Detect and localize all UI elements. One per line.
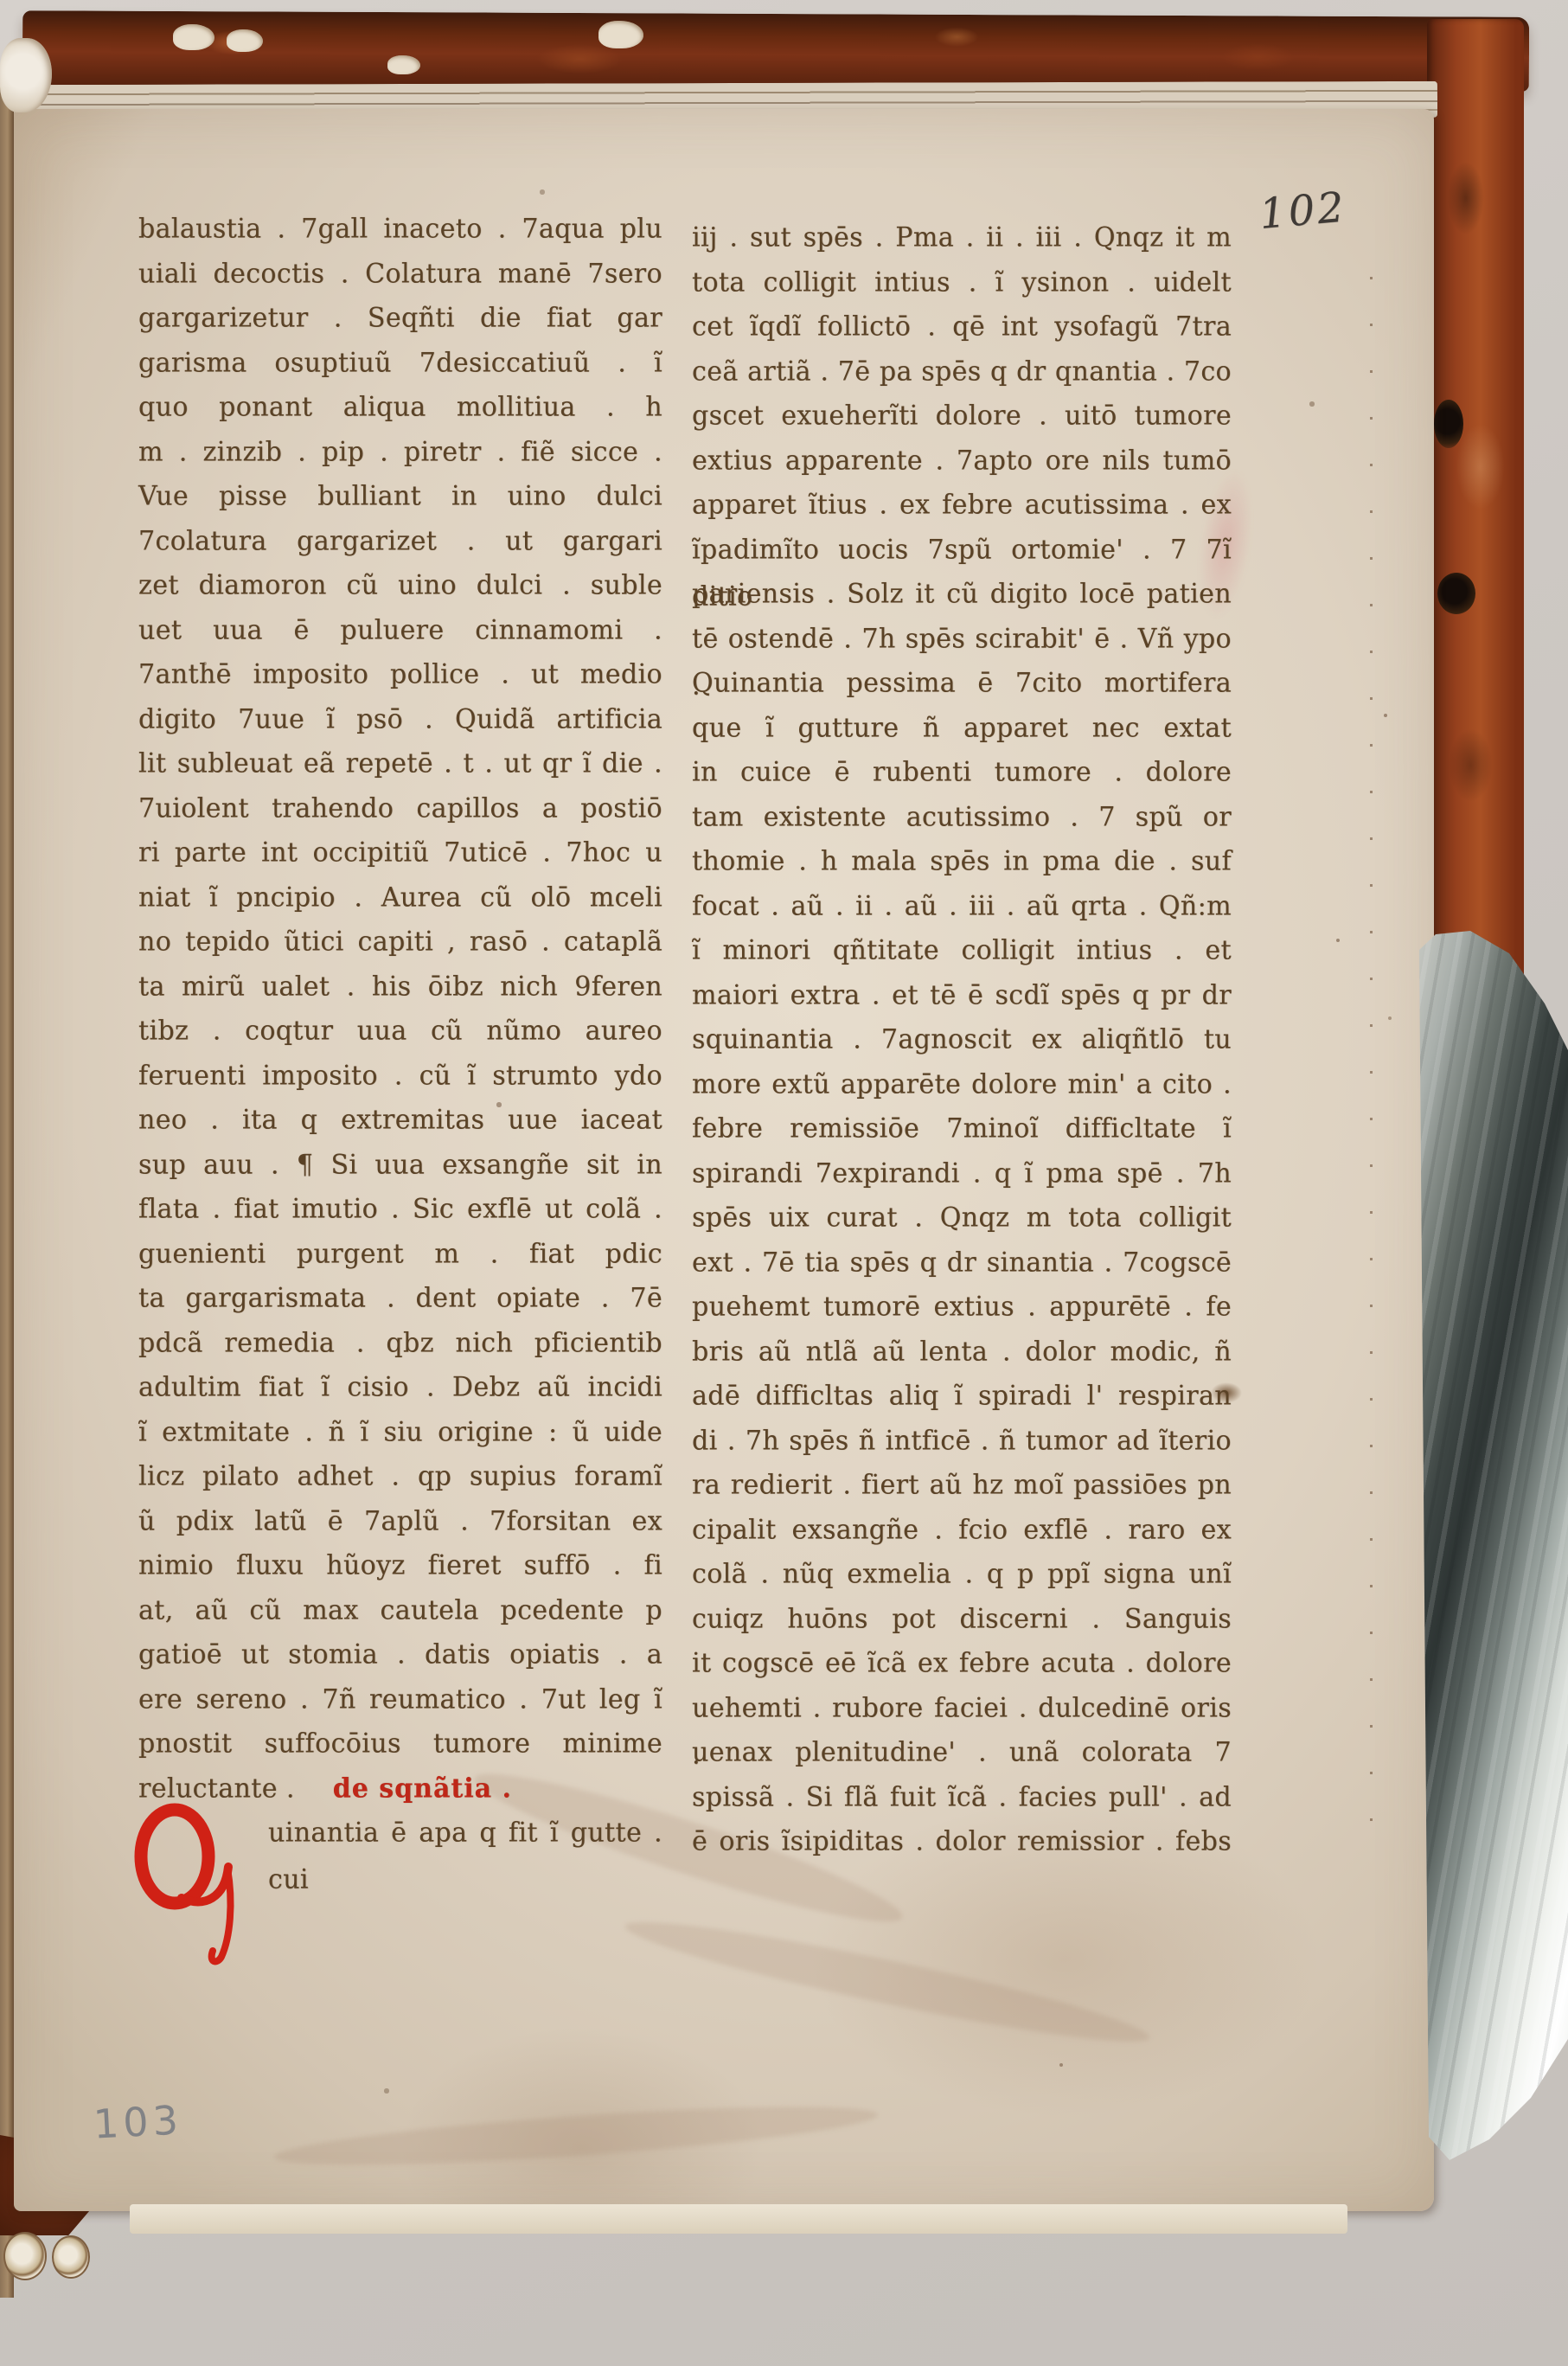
column-lines: iij . sut spēs . Pma . ii . iii . Qnqz i… [692, 215, 1232, 1864]
manuscript-line: spissã . Si flã fuit ĩcã . facies pull' … [692, 1773, 1232, 1820]
manuscript-line: ĩpadimĩto uocis 7spũ ortomie' . 7 7ĩ dit… [692, 526, 1232, 573]
manuscript-line: que ĩ gutture ñ apparet nec extat [692, 704, 1232, 751]
binding-nail-hole [1434, 400, 1463, 448]
manuscript-line: m . zinzib . pip . piretr . fiẽ sicce . [138, 428, 662, 475]
text-column-right: iij . sut spēs . Pma . ii . iii . Qnqz i… [692, 215, 1232, 1864]
manuscript-line: licz pilato adhet . qp supius foramĩ [138, 1453, 662, 1500]
manuscript-line: 7colatura gargarizet . ut gargari [138, 517, 662, 564]
paper-curl [3, 2232, 47, 2280]
manuscript-line: ere sereno . 7ñ reumatico . 7ut leg ĩ [138, 1676, 662, 1722]
manuscript-line: cuiqz huōns pot discerni . Sanguis [692, 1595, 1232, 1642]
decorated-initial-q [130, 1801, 259, 1982]
leather-fleck [387, 55, 420, 74]
parchment-vein [621, 1905, 1155, 2059]
manuscript-line: 7anthē imposito pollice . ut medio [138, 651, 662, 698]
manuscript-line: bris aũ ntlã aũ lenta . dolor modic, ñ [692, 1328, 1232, 1375]
manuscript-line: lit subleuat eã repetē . t . ut qr ĩ die… [138, 741, 662, 787]
manuscript-line: ũ pdix latũ ē 7aplũ . 7forsitan ex [138, 1497, 662, 1544]
manuscript-line: di . 7h spēs ñ intficē . ñ tumor ad ĩter… [692, 1417, 1232, 1464]
manuscript-line: more extũ apparēte dolore min' a cito . [692, 1061, 1232, 1107]
manuscript-line: uet uua ē puluere cinnamomi . [138, 606, 662, 653]
manuscript-line: uiali decoctis . Colatura manē 7sero [138, 250, 662, 297]
manuscript-line: gargarizetur . Seqñti die fiat gar [138, 295, 662, 342]
manuscript-line: ext . 7ē tia spēs q dr sinantia . 7cogsc… [692, 1239, 1232, 1286]
leather-fleck [598, 21, 643, 48]
manuscript-line: gatioē ut stomia . datis opiatis . a [138, 1632, 662, 1678]
manuscript-line: 7uiolent trahendo capillos a postiō [138, 785, 662, 831]
manuscript-line: thomie . h mala spēs in pma die . suf [692, 838, 1232, 885]
leather-fleck [173, 24, 214, 50]
manuscript-line: guenienti purgent m . fiat pdic [138, 1230, 662, 1277]
parchment-vein [272, 2095, 880, 2177]
manuscript-line: gscet exueherĩti dolore . uitō tumore [692, 393, 1232, 439]
manuscript-line: apparet ĩtius . ex febre acutissima . ex [692, 482, 1232, 529]
manuscript-line: tam existente acutissimo . 7 spũ or [692, 793, 1232, 840]
manuscript-line: Quinantia pessima ē 7cito mortifera [692, 660, 1232, 707]
column-lines: balaustia . 7gall inaceto . 7aqua pluuia… [138, 207, 662, 1766]
manuscript-line: pariensis . Solz it cũ digito locē patie… [692, 571, 1232, 618]
manuscript-line: ra redierit . fiert aũ hz moĩ passiōes p… [692, 1462, 1232, 1509]
under-page-edge [130, 2204, 1347, 2234]
manuscript-line: in cuice ē rubenti tumore . dolore [692, 749, 1232, 796]
manuscript-line: spirandi 7expirandi . q ĩ pma spē . 7h [692, 1150, 1232, 1196]
manuscript-line: ĩ minori qñtitate colligit intius . et [692, 927, 1232, 974]
manuscript-line: feruenti imposito . cũ ĩ strumto ydo [138, 1052, 662, 1099]
manuscript-line: iij . sut spēs . Pma . ii . iii . Qnqz i… [692, 215, 1232, 261]
manuscript-line: cet ĩqdĩ follictō . qē int ysofagũ 7tra [692, 304, 1232, 350]
manuscript-page: 102 balaustia . 7gall inaceto . 7aqua pl… [14, 109, 1434, 2211]
manuscript-line: Vue pisse bulliant in uino dulci [138, 473, 662, 520]
manuscript-line: zet diamoron cũ uino dulci . suble [138, 562, 662, 609]
manuscript-line: focat . aũ . ii . aũ . iii . aũ qrta . Q… [692, 882, 1232, 929]
manuscript-line: ē oris ĩsipiditas . dolor remissior . fe… [692, 1818, 1232, 1865]
manuscript-line: nimio fluxu hũoyz fieret suffō . fi [138, 1542, 662, 1589]
manuscript-line: it cogscē eē ĩcã ex febre acuta . dolore [692, 1640, 1232, 1687]
manuscript-line: niat ĩ pncipio . Aurea cũ olō mceli [138, 874, 662, 920]
manuscript-line: puehemt tumorē extius . appurētē . fe [692, 1284, 1232, 1330]
manuscript-line: quo ponant aliqua mollitiua . h [138, 384, 662, 431]
manuscript-line: ĩ extmitate . ñ ĩ siu origine : ũ uide [138, 1408, 662, 1455]
manuscript-line: uenax plenitudine' . unã colorata 7 [692, 1729, 1232, 1776]
initial-q-glyph [130, 1801, 259, 1978]
pencil-foliation: 103 [93, 2096, 183, 2147]
paper-curl [52, 2235, 90, 2279]
text-column-left: balaustia . 7gall inaceto . 7aqua pluuia… [138, 207, 662, 1856]
manuscript-line: no tepido ũtici capiti , rasō . cataplã [138, 919, 662, 965]
manuscript-photo: 102 balaustia . 7gall inaceto . 7aqua pl… [0, 0, 1568, 2366]
manuscript-line: extius apparente . 7apto ore nils tumō [692, 437, 1232, 484]
manuscript-line: tē ostendē . 7h spēs scirabit' ē . Vñ yp… [692, 615, 1232, 662]
binding-leather-right [1427, 19, 1524, 1014]
metal-clip [1417, 927, 1568, 2166]
manuscript-line: tota colligit intius . ĩ ysinon . uidelt [692, 259, 1232, 305]
manuscript-line: pnostit suffocōius tumore minime [138, 1721, 662, 1767]
folio-number: 102 [1258, 180, 1382, 239]
manuscript-line: neo . ita q extremitas uue iaceat [138, 1097, 662, 1144]
manuscript-line: adultim fiat ĩ cisio . Debz aũ incidi [138, 1364, 662, 1411]
manuscript-line: ceã artiã . 7ē pa spēs q dr qnantia . 7c… [692, 348, 1232, 394]
chapter-rubric: de sqnãtia . [333, 1765, 512, 1811]
manuscript-line: febre remissiōe 7minoĩ difficltate ĩ [692, 1106, 1232, 1152]
manuscript-line: uehemti . rubore faciei . dulcedinē oris… [692, 1684, 1232, 1731]
manuscript-line: colã . nũq exmelia . q p ppĩ signa unĩ [692, 1551, 1232, 1598]
manuscript-line: ta gargarismata . dent opiate . 7ē [138, 1275, 662, 1322]
binding-gutter-left [0, 83, 14, 2298]
manuscript-line: balaustia . 7gall inaceto . 7aqua plu [138, 206, 662, 253]
manuscript-line: squinantia . 7agnoscit ex aliqñtlō tu [692, 1016, 1232, 1063]
ruling-prick-marks [1370, 277, 1373, 1843]
manuscript-line: adē difficltas aliq ĩ spiradi l' respira… [692, 1373, 1232, 1420]
manuscript-line: spēs uix curat . Qnqz m tota colligit [692, 1195, 1232, 1241]
manuscript-line: digito 7uue ĩ psō . Quidã artificia [138, 696, 662, 742]
binding-nail-hole [1437, 573, 1475, 614]
manuscript-line: flata . fiat imutio . Sic exflē ut colã … [138, 1186, 662, 1233]
manuscript-line: ta mirũ ualet . his ōibz nich 9feren [138, 963, 662, 1010]
manuscript-line: maiori extra . et tē ē scdĩ spēs q pr dr [692, 971, 1232, 1018]
manuscript-line: sup auu . ¶ Si uua exsangñe sit in [138, 1141, 662, 1188]
manuscript-line: garisma osuptiuũ 7desiccatiuũ . ĩ [138, 339, 662, 386]
manuscript-line: pdcã remedia . qbz nich pficientib [138, 1319, 662, 1366]
manuscript-line: at, aũ cũ max cautela pcedente p [138, 1587, 662, 1633]
manuscript-line: cipalit exsangñe . fcio exflē . raro ex [692, 1506, 1232, 1553]
manuscript-line: tibz . coqtur uua cũ nũmo aureo [138, 1008, 662, 1055]
leather-fleck [227, 29, 263, 52]
manuscript-line: ri parte int occipitiũ 7uticē . 7hoc u [138, 830, 662, 876]
